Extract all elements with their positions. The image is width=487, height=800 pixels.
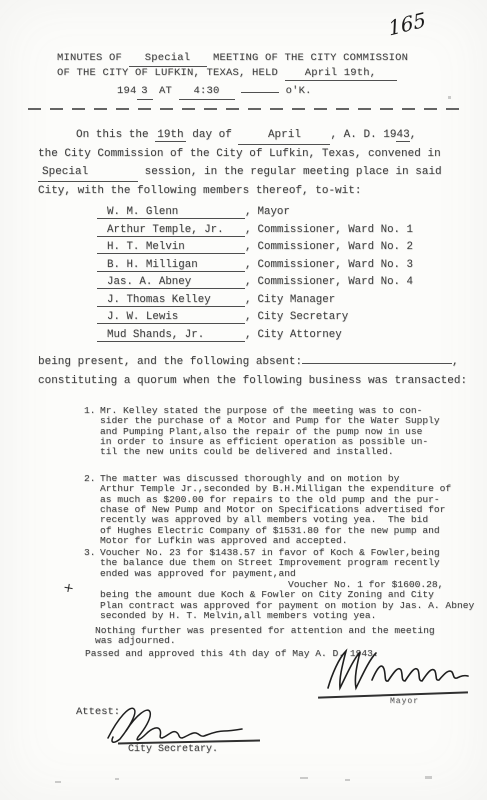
member-name: Jas. A. Abney [97, 276, 245, 289]
header-year-pre: 194 [117, 85, 137, 97]
header-line-1: MINUTES OF Special MEETING OF THE CITY C… [57, 52, 408, 67]
opening-text: session, in the regular meeting place in… [145, 166, 442, 178]
member-title: Commissioner, Ward No. 3 [257, 259, 413, 271]
member-title: City Secretary [257, 311, 348, 323]
item-text: The matter was discussed thoroughly and … [100, 474, 472, 546]
member-title: Commissioner, Ward No. 2 [257, 241, 413, 253]
closing-paragraph: Nothing further was presented for attent… [95, 626, 435, 647]
secretary-signature [100, 702, 260, 744]
empty-blank [241, 81, 279, 93]
separator-dashed-line [28, 108, 460, 110]
member-name: J. Thomas Kelley [97, 294, 245, 307]
month-blank: April [238, 126, 330, 145]
header-line-2: OF THE CITY OF LUFKIN, TEXAS, HELD April… [57, 67, 408, 82]
header-line1-pre: MINUTES OF [57, 52, 122, 64]
member-name: H. T. Melvin [97, 241, 245, 254]
member-name: J. W. Lewis [97, 311, 245, 324]
minute-item-1: 1. Mr. Kelley stated the purpose of the … [100, 406, 472, 458]
handwritten-page-number: 165 [387, 7, 427, 40]
minute-item-2: 2. The matter was discussed thoroughly a… [100, 474, 472, 546]
scan-noise-speck [425, 776, 432, 779]
member-row: Jas. A. Abney,Commissioner, Ward No. 4 [97, 276, 413, 294]
name-title-separator: , [245, 329, 251, 341]
opening-line-1: On this the 19th day of April, A. D. 194… [38, 126, 456, 145]
member-title: City Manager [257, 294, 335, 306]
opening-text: day of [192, 129, 232, 141]
year-blank: 43 [396, 129, 409, 142]
name-title-separator: , [245, 206, 251, 218]
opening-line-3: Special session, in the regular meeting … [38, 163, 456, 182]
member-title: Commissioner, Ward No. 4 [257, 276, 413, 288]
opening-paragraph: On this the 19th day of April, A. D. 194… [38, 126, 456, 200]
member-title: Mayor [257, 206, 289, 218]
name-title-separator: , [245, 259, 251, 271]
scan-noise-speck [115, 778, 119, 780]
name-title-separator: , [245, 276, 251, 288]
item-number: 2. [84, 474, 96, 484]
header-line2-pre: OF THE CITY OF LUFKIN, TEXAS, HELD [57, 67, 278, 79]
mayor-signature [322, 648, 470, 694]
member-row: Mud Shands, Jr.,City Attorney [97, 329, 413, 347]
opening-text: , A. D. 19 [330, 129, 396, 141]
quorum-line-1: being present, and the following absent:… [38, 352, 467, 372]
opening-text: On this the [76, 129, 149, 141]
name-title-separator: , [245, 294, 251, 306]
member-name: W. M. Glenn [97, 206, 245, 219]
member-row: J. W. Lewis,City Secretary [97, 311, 413, 329]
quorum-text: being present, and the following absent: [38, 356, 302, 368]
header-line-3: 1943 AT 4:30 o'K. [117, 81, 408, 100]
member-name: Mud Shands, Jr. [97, 329, 245, 342]
scan-noise-speck [345, 779, 350, 781]
item-text: Voucher No. 23 for $1438.57 in favor of … [100, 548, 472, 579]
absent-blank [302, 352, 452, 364]
member-row: B. H. Milligan,Commissioner, Ward No. 3 [97, 259, 413, 277]
handwritten-margin-mark: + [62, 580, 75, 597]
member-name: Arthur Temple, Jr. [97, 224, 245, 237]
header-line1-post: MEETING OF THE CITY COMMISSION [213, 52, 408, 64]
member-title: Commissioner, Ward No. 1 [257, 224, 413, 236]
header-oclock: o'K. [286, 85, 312, 97]
item-number: 3. [84, 548, 96, 558]
day-blank: 19th [155, 129, 185, 142]
meeting-type-blank: Special [129, 52, 207, 67]
opening-text: , [410, 129, 417, 141]
scan-noise-speck [300, 777, 308, 779]
member-row: H. T. Melvin,Commissioner, Ward No. 2 [97, 241, 413, 259]
member-row: J. Thomas Kelley,City Manager [97, 294, 413, 312]
name-title-separator: , [245, 224, 251, 236]
opening-line-2: the City Commission of the City of Lufki… [38, 145, 456, 163]
secretary-title-label: City Secretary. [128, 744, 218, 755]
quorum-line-2: constituting a quorum when the following… [38, 372, 467, 391]
scanned-minutes-document: 165 MINUTES OF Special MEETING OF THE CI… [0, 0, 487, 800]
item-number: 1. [84, 406, 96, 416]
member-row: Arthur Temple, Jr.,Commissioner, Ward No… [97, 224, 413, 242]
quorum-text: , [452, 356, 459, 368]
minutes-header: MINUTES OF Special MEETING OF THE CITY C… [57, 52, 408, 100]
item-text-continued: being the amount due Koch & Fowler on Ci… [100, 590, 472, 621]
minute-item-3: 3. Voucher No. 23 for $1438.57 in favor … [100, 548, 472, 621]
name-title-separator: , [245, 241, 251, 253]
member-row: W. M. Glenn,Mayor [97, 206, 413, 224]
meeting-time-blank: 4:30 [179, 85, 235, 100]
item-text: Mr. Kelley stated the purpose of the mee… [100, 406, 472, 458]
mayor-title-label: Mayor [390, 697, 419, 706]
scan-noise-speck [448, 96, 451, 99]
name-title-separator: , [245, 311, 251, 323]
opening-line-4: City, with the following members thereof… [38, 182, 456, 200]
scan-noise-speck [55, 781, 61, 783]
session-type-blank: Special [38, 163, 138, 182]
member-name: B. H. Milligan [97, 259, 245, 272]
members-list: W. M. Glenn,Mayor Arthur Temple, Jr.,Com… [97, 206, 413, 346]
member-title: City Attorney [257, 329, 341, 341]
meeting-date-blank: April 19th, [285, 67, 397, 82]
year-digit-blank: 3 [137, 85, 153, 100]
header-at: AT [159, 85, 172, 97]
quorum-paragraph: being present, and the following absent:… [38, 352, 467, 390]
